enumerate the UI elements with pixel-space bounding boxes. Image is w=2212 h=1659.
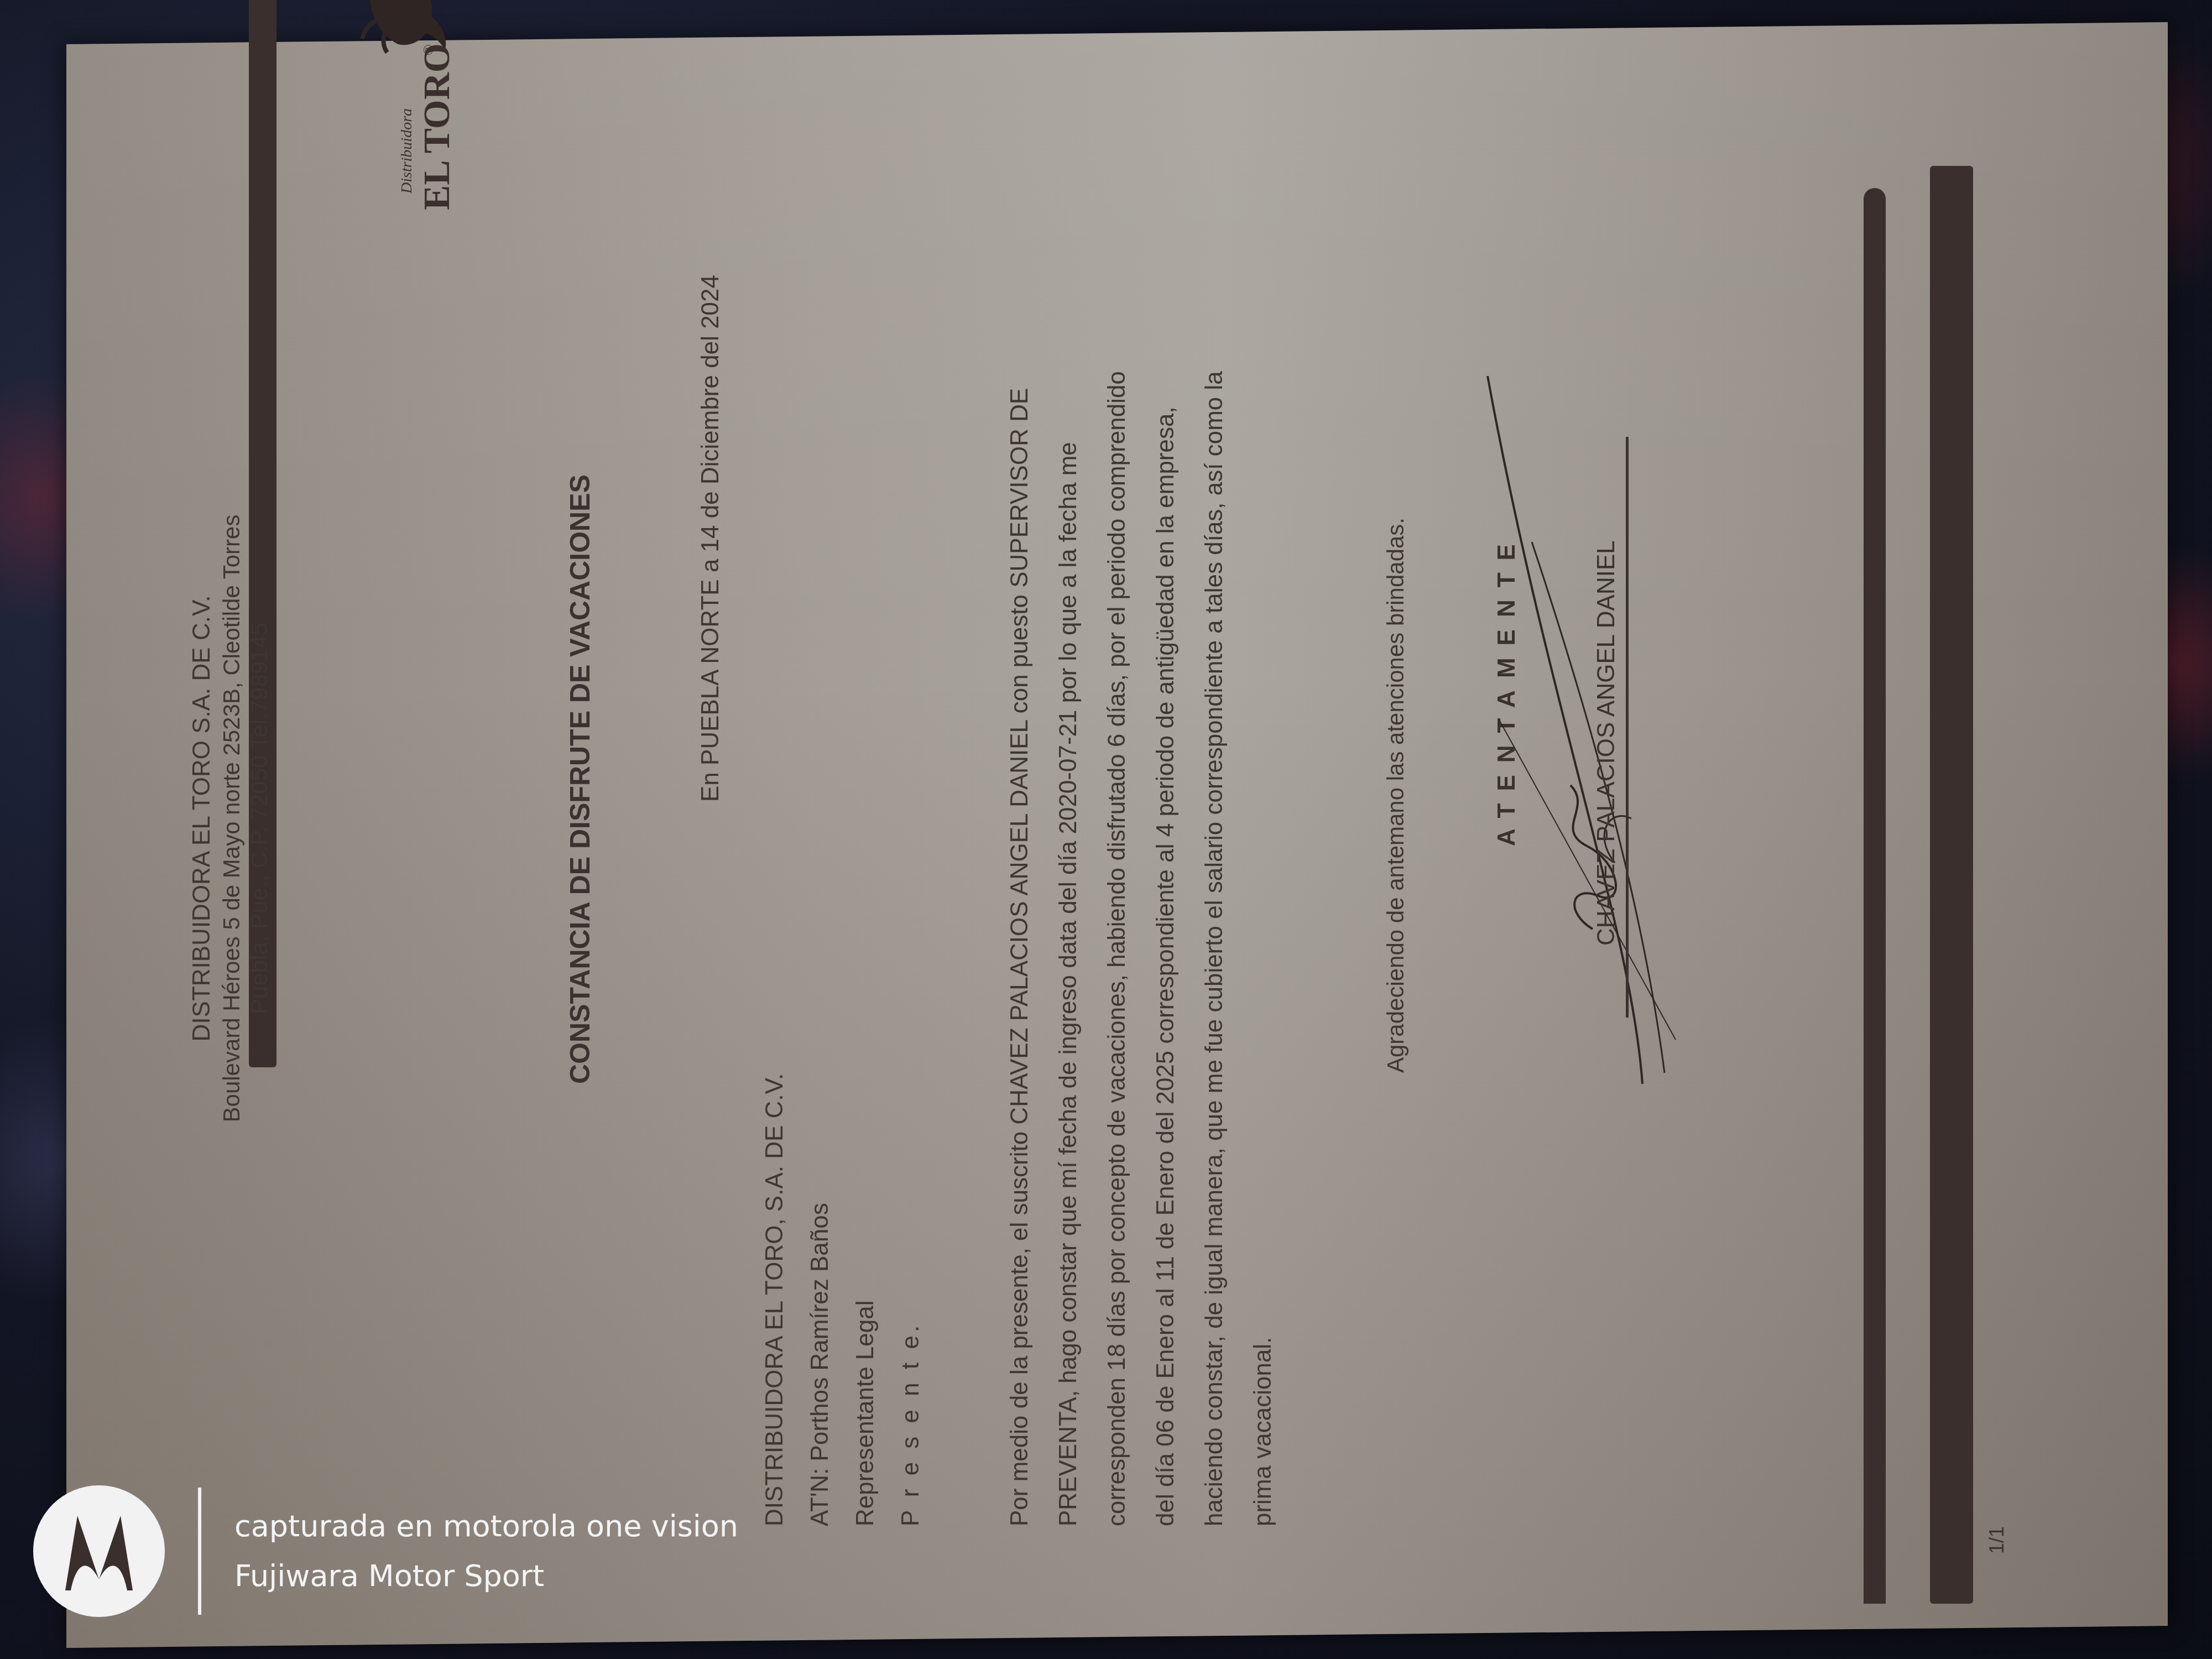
body-line: PREVENTA, hago constar que mí fecha de i… <box>1044 111 1093 1526</box>
watermark-text: capturada en motorola one vision Fujiwar… <box>234 1501 738 1601</box>
camera-watermark: capturada en motorola one vision Fujiwar… <box>33 1488 738 1615</box>
decor-bar-top-2 <box>1864 188 1886 1604</box>
letterhead-address-1: Boulevard Héroes 5 de Mayo norte 2523B, … <box>218 431 245 1206</box>
body-line: haciendo constar, de igual manera, que m… <box>1190 111 1239 1526</box>
motorola-logo-icon <box>33 1485 165 1617</box>
letter-page: DISTRIBUIDORA EL TORO S.A. DE C.V. Boule… <box>83 55 2129 1637</box>
handwritten-signature <box>1465 321 1698 1095</box>
page-number: 1/1 <box>1985 1526 2008 1554</box>
signature-line <box>1626 437 1629 1018</box>
body-line: Por medio de la presente, el suscrito CH… <box>995 111 1044 1526</box>
body-line: prima vacacional. <box>1239 111 1287 1526</box>
watermark-author: Fujiwara Motor Sport <box>234 1551 738 1601</box>
logo-brand-large: EL TORO <box>415 43 458 210</box>
body-line: corresponden 18 días por concepto de vac… <box>1093 111 1141 1526</box>
letterhead-company: DISTRIBUIDORA EL TORO S.A. DE C.V. <box>188 487 216 1150</box>
closing-line: Agradeciendo de antemano las atenciones … <box>1383 518 1409 1073</box>
recipient-company: DISTRIBUIDORA EL TORO, S.A. DE C.V. <box>752 1073 797 1526</box>
recipient-attention: AT'N: Porthos Ramírez Baños <box>797 1073 843 1526</box>
decor-bar-accent-1 <box>249 233 276 342</box>
logo-brand-small: Distribuidora <box>398 108 416 194</box>
body-paragraph: Por medio de la presente, el suscrito CH… <box>995 111 1287 1526</box>
place-date: En PUEBLA NORTE a 14 de Diciembre del 20… <box>697 275 724 802</box>
recipient-salutation: P r e s e n t e. <box>888 1073 933 1526</box>
recipient-role: Representante Legal <box>843 1073 888 1526</box>
watermark-separator <box>198 1488 201 1615</box>
body-line: del día 06 de Enero al 11 de Enero del 2… <box>1141 111 1190 1526</box>
watermark-device: capturada en motorola one vision <box>234 1501 738 1551</box>
document-title: CONSTANCIA DE DISFRUTE DE VACACIONES <box>564 474 596 1084</box>
letterhead-address-2: Puebla, Pue., C.P. 72050 Tel.7989145 <box>246 431 273 1206</box>
signatory-name: CHAVEZ PALACIOS ANGEL DANIEL <box>1593 540 1620 946</box>
logo-registered-mark: ® <box>420 44 437 55</box>
recipient-block: DISTRIBUIDORA EL TORO, S.A. DE C.V. AT'N… <box>752 1073 933 1526</box>
decor-bar-top-1 <box>1930 166 1973 1604</box>
company-logo: Distribuidora EL TORO ® <box>332 0 498 210</box>
